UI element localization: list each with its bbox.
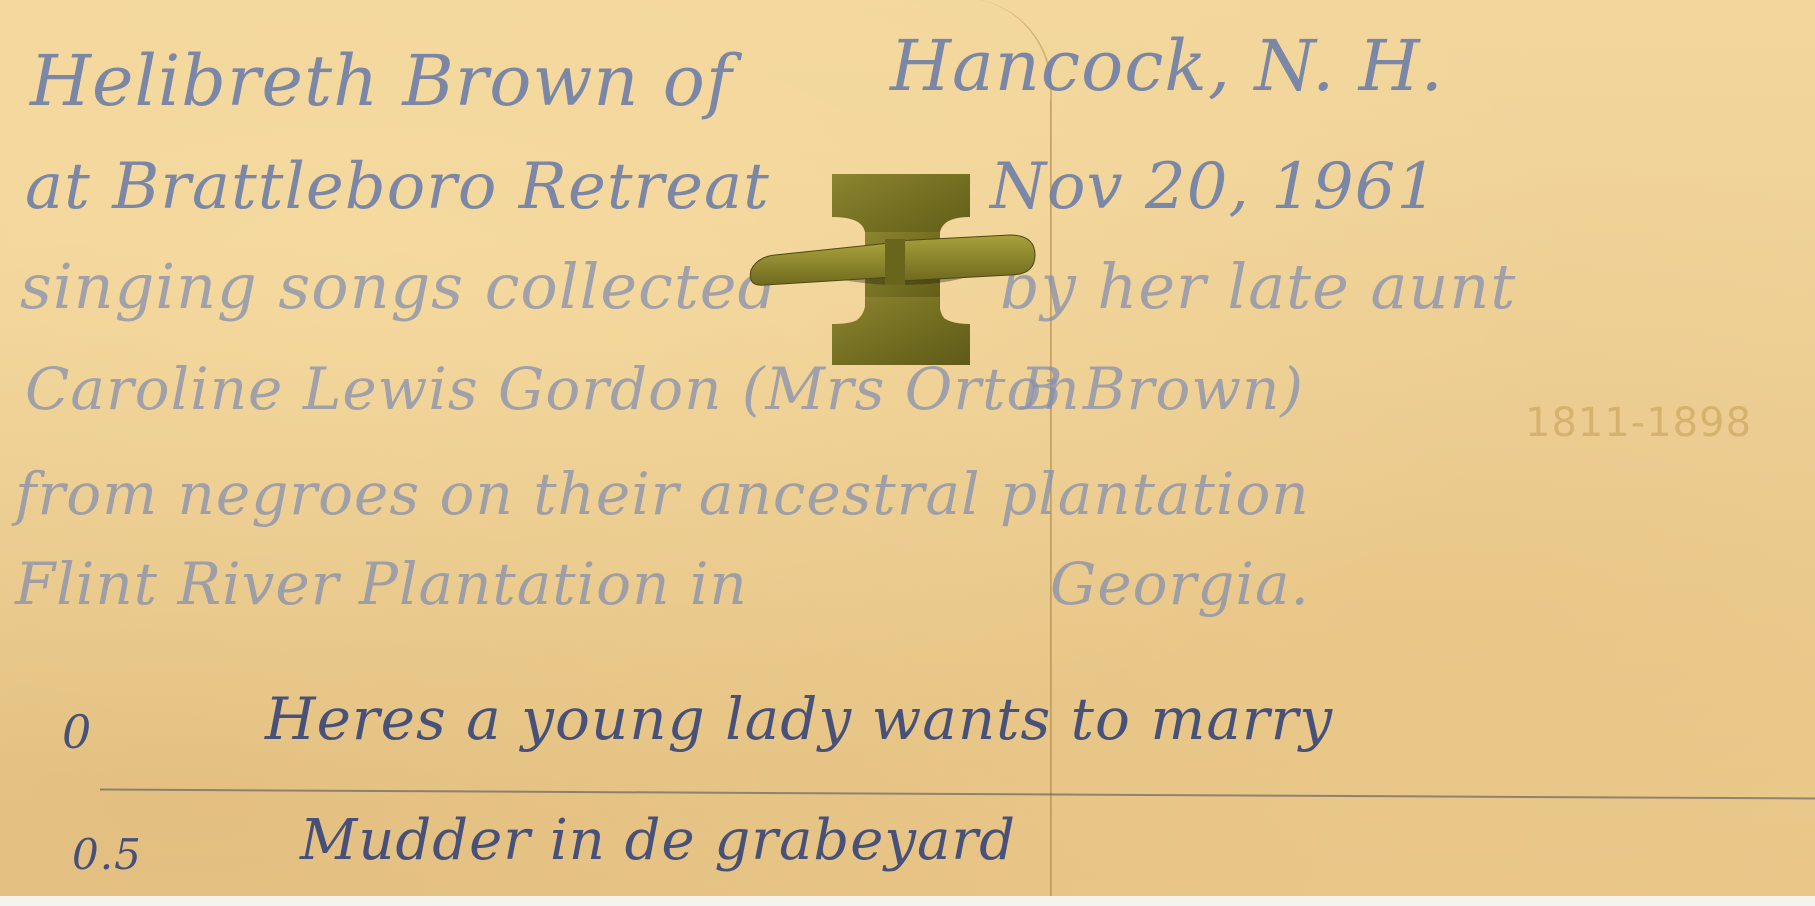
header-line-1-right: Hancock, N. H.: [890, 25, 1444, 107]
header-line-3-right: by her late aunt: [1000, 250, 1516, 323]
dates-annotation: 1811-1898: [1525, 400, 1752, 446]
clasp-prongs-icon: [745, 225, 1045, 315]
header-line-2-left: at Brattleboro Retreat: [25, 150, 770, 224]
scan-border: [0, 896, 1815, 906]
header-line-4-right: B Brown): [1020, 355, 1304, 423]
header-line-5: from negroes on their ancestral plantati…: [15, 460, 1310, 528]
song-title-0: Heres a young lady wants to marry: [265, 685, 1333, 753]
header-line-6-right: Georgia.: [1050, 550, 1310, 618]
header-line-4-left: Caroline Lewis Gordon (Mrs Orton: [25, 355, 1081, 423]
header-line-6-left: Flint River Plantation in: [15, 550, 748, 618]
song-index-0: 0: [62, 705, 92, 759]
envelope-flap-edge: [0, 0, 1052, 896]
envelope-page: Helibreth Brown of Hancock, N. H. at Bra…: [0, 0, 1815, 896]
header-line-3-left: singing songs collected: [20, 250, 778, 323]
song-index-1: 0.5: [72, 830, 142, 879]
header-line-2-right: Nov 20, 1961: [990, 150, 1438, 224]
song-title-1: Mudder in de grabeyard: [300, 808, 1016, 873]
header-line-1-left: Helibreth Brown of: [30, 40, 733, 122]
ruled-line-1: [100, 789, 1815, 800]
